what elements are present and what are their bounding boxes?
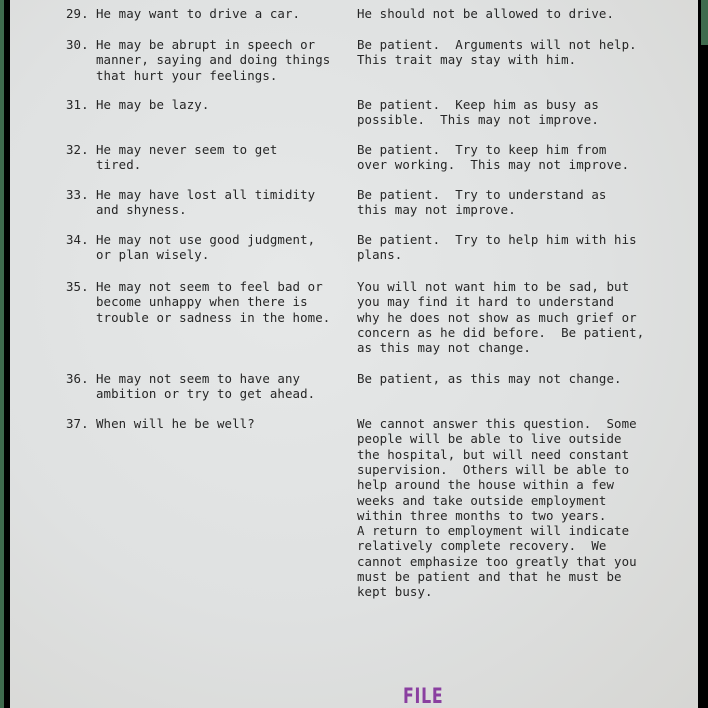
item-number: 34.: [66, 232, 89, 247]
advice-line: Be patient. Try to understand as: [357, 187, 606, 202]
advice-line: cannot emphasize too greatly that you: [357, 554, 637, 569]
advice-line: help around the house within a few: [357, 477, 614, 492]
advice-line: kept busy.: [357, 584, 433, 599]
situation-line: tired.: [96, 157, 141, 172]
situation-line: He may want to drive a car.: [96, 6, 300, 21]
advice-line: why he does not show as much grief or: [357, 310, 637, 325]
advice-line: you may find it hard to understand: [357, 294, 614, 309]
situation-line: become unhappy when there is: [96, 294, 308, 309]
advice-line: people will be able to live outside: [357, 431, 622, 446]
advice-line: within three months to two years.: [357, 508, 606, 523]
advice-line: We cannot answer this question. Some: [357, 416, 637, 431]
advice-line: A return to employment will indicate: [357, 523, 629, 538]
advice-line: He should not be allowed to drive.: [357, 6, 614, 21]
advice-line: This trait may stay with him.: [357, 52, 576, 67]
scan-edge-right: [701, 0, 708, 45]
advice-line: over working. This may not improve.: [357, 157, 629, 172]
situation-line: He may have lost all timidity: [96, 187, 315, 202]
item-number: 32.: [66, 142, 89, 157]
situation-line: manner, saying and doing things: [96, 52, 330, 67]
situation-line: He may never seem to get: [96, 142, 277, 157]
item-number: 36.: [66, 371, 89, 386]
advice-line: weeks and take outside employment: [357, 493, 606, 508]
advice-line: relatively complete recovery. We: [357, 538, 606, 553]
advice-line: Be patient. Arguments will not help.: [357, 37, 637, 52]
advice-line: Be patient. Keep him as busy as: [357, 97, 599, 112]
item-number: 31.: [66, 97, 89, 112]
situation-line: He may not seem to feel bad or: [96, 279, 323, 294]
advice-line: concern as he did before. Be patient,: [357, 325, 644, 340]
advice-line: Be patient, as this may not change.: [357, 371, 622, 386]
advice-line: the hospital, but will need constant: [357, 447, 629, 462]
advice-line: Be patient. Try to keep him from: [357, 142, 606, 157]
situation-line: He may be abrupt in speech or: [96, 37, 315, 52]
advice-line: must be patient and that he must be: [357, 569, 622, 584]
situation-line: and shyness.: [96, 202, 187, 217]
situation-line: that hurt your feelings.: [96, 68, 277, 83]
item-number: 37.: [66, 416, 89, 431]
situation-line: trouble or sadness in the home.: [96, 310, 330, 325]
situation-line: or plan wisely.: [96, 247, 209, 262]
situation-line: He may be lazy.: [96, 97, 209, 112]
advice-line: You will not want him to be sad, but: [357, 279, 629, 294]
file-stamp: FILE: [403, 684, 443, 708]
advice-line: as this may not change.: [357, 340, 531, 355]
item-number: 35.: [66, 279, 89, 294]
situation-line: ambition or try to get ahead.: [96, 386, 315, 401]
situation-line: He may not use good judgment,: [96, 232, 315, 247]
advice-line: plans.: [357, 247, 402, 262]
advice-line: possible. This may not improve.: [357, 112, 599, 127]
advice-line: this may not improve.: [357, 202, 516, 217]
advice-line: supervision. Others will be able to: [357, 462, 629, 477]
item-number: 30.: [66, 37, 89, 52]
situation-line: When will he be well?: [96, 416, 255, 431]
scan-edge-left: [0, 0, 4, 708]
situation-line: He may not seem to have any: [96, 371, 300, 386]
item-number: 33.: [66, 187, 89, 202]
item-number: 29.: [66, 6, 89, 21]
advice-line: Be patient. Try to help him with his: [357, 232, 637, 247]
